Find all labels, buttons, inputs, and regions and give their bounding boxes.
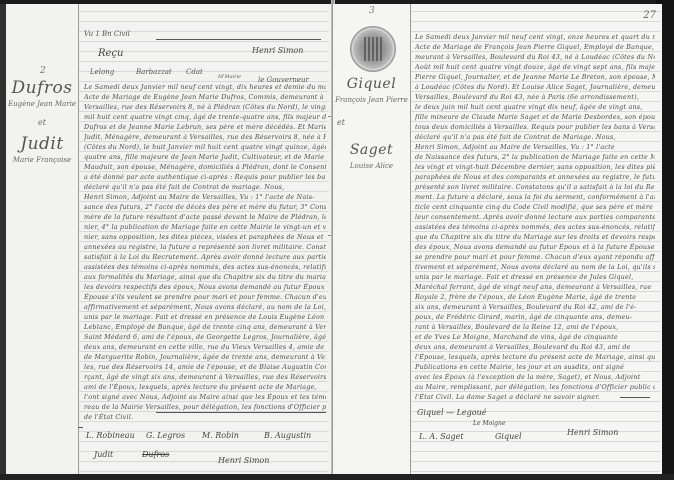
text-line: nier, sans opposition, les dites pièces,… xyxy=(84,232,326,242)
tick xyxy=(78,427,83,428)
page-number: 27 xyxy=(643,10,656,21)
bride-forenames: Marie Françoise xyxy=(6,156,78,164)
text-line: Acte de Mariage de Eugène Jean Marie Duf… xyxy=(84,92,326,102)
officer-signature: Henri Simon xyxy=(218,456,269,465)
text-line: les devoirs respectifs des époux, Nous a… xyxy=(84,282,326,292)
header-stamp-signature: Reçu xyxy=(98,48,124,59)
text-line: de Naissance des futurs, 2° la publicati… xyxy=(415,152,655,162)
bride-surname: Saget xyxy=(333,142,410,158)
signature: B. Augustin xyxy=(264,431,311,440)
text-line: les vingt et vingt-huit Décembre dernier… xyxy=(415,162,655,172)
scanner-edge-bottom xyxy=(0,474,674,480)
groom-forenames: Eugène Jean Marie xyxy=(6,100,78,108)
text-line: à Loudéac (Côtes du Nord). Et Louise Ali… xyxy=(415,82,655,92)
marriage-act-text: Le Samedi deux Janvier mil neuf cent vin… xyxy=(415,32,655,402)
end-rule xyxy=(156,412,326,413)
margin-rule xyxy=(78,4,79,474)
text-line: six ans, demeurant à Versailles, Bouleva… xyxy=(415,302,655,312)
text-line: Le Samedi deux Janvier mil neuf cent vin… xyxy=(84,82,326,92)
text-line: Mauduit, son épouse, Ménagère, domicilié… xyxy=(84,162,326,172)
bride-surname: Judit xyxy=(6,134,78,154)
scanner-edge-right xyxy=(662,0,674,480)
groom-surname: Dufros xyxy=(6,78,78,98)
text-line: sance des futurs, 2° l'acte de décès des… xyxy=(84,202,326,212)
text-line: ticle cent cinquante cinq du Code Civil … xyxy=(415,202,655,212)
act-number: 3 xyxy=(369,6,375,16)
text-line: a été donné par acte authentique ci-aprè… xyxy=(84,172,326,182)
marriage-act-text: Le Samedi deux Janvier mil neuf cent vin… xyxy=(84,82,326,422)
text-line: quatre ans, fille majeure de Jean Marie … xyxy=(84,152,326,162)
text-line: ment. La future a déclaré, sous la foi d… xyxy=(415,192,655,202)
text-line: Épouse s'ils veulent se prendre pour mar… xyxy=(84,292,326,302)
signature: L. Robineau xyxy=(86,431,135,440)
text-line: déclaré qu'il n'a pas été fait de Contra… xyxy=(84,182,326,192)
text-line: satisfait à la Loi du Recrutement. Après… xyxy=(84,252,326,262)
signature: M. Robin xyxy=(202,431,239,440)
text-line: Août mil huit cent quatre vingt douze, â… xyxy=(415,62,655,72)
text-line: leur consentement. Après avoir donné lec… xyxy=(415,212,655,222)
text-line: Pierre Giquel, Journalier, et de Jeanne … xyxy=(415,72,655,82)
text-line: l'État Civil. La dame Saget a déclaré ne… xyxy=(415,392,655,402)
post-body-note: Le Moigne xyxy=(473,420,505,427)
text-line: l'Épouse, lesquels, après lecture du pré… xyxy=(415,352,655,362)
text-line: unis par le mariage. Fait et dressé en p… xyxy=(415,272,655,282)
text-line: le deux juin mil huit cent quatre vingt … xyxy=(415,102,655,112)
text-line: tous deux domiciliés à Versailles. Requi… xyxy=(415,122,655,132)
text-line: Leblanc, Employé de Banque, âgé de trent… xyxy=(84,322,326,332)
text-line: tivement et séparément, Nous avons décla… xyxy=(415,262,655,272)
end-rule xyxy=(620,397,650,398)
header-annotation: Cdat xyxy=(186,68,203,76)
text-line: paraphées de Nous et des comparants et a… xyxy=(415,172,655,182)
text-line: les, rue des Réservoirs 14, amie de l'ép… xyxy=(84,362,326,372)
conjunction: et xyxy=(6,118,78,127)
text-line: Publications en cette Mairie, les jour e… xyxy=(415,362,655,372)
text-line: ami de l'Époux, lesquels, après lecture … xyxy=(84,382,326,392)
signature: Giquel xyxy=(495,432,522,441)
bride-forenames: Louise Alice xyxy=(333,162,410,170)
text-line: mère de la future résultant d'acte passé… xyxy=(84,212,326,222)
text-line: Acte de Mariage de François Jean Pierre … xyxy=(415,42,655,52)
text-line: rçant, âgé de vingt six ans, demeurant à… xyxy=(84,372,326,382)
text-line: Judit, Ménagère, demeurant à Versailles,… xyxy=(84,132,326,142)
header-annotation: Vu 1 Bn Civil xyxy=(84,30,130,38)
text-line: Versailles, rue des Réservoirs 8, né à P… xyxy=(84,102,326,112)
text-line: (Côtes du Nord), le huit Janvier mil hui… xyxy=(84,142,326,152)
text-line: fille mineure de Claude Marie Saget et d… xyxy=(415,112,655,122)
text-line: présenté son livret militaire. Constaton… xyxy=(415,182,655,192)
margin-rule xyxy=(410,4,411,474)
text-line: deux ans, demeurant à Versailles, Boulev… xyxy=(415,342,655,352)
text-line: et de Yves Le Moigne, Marchand de vins, … xyxy=(415,332,655,342)
text-line: de Marguerite Robin, Journalière, âgée d… xyxy=(84,352,326,362)
post-body-note: Giquel — Legoué xyxy=(417,408,486,417)
text-line: avec les Époux (à l'exception de la mère… xyxy=(415,372,655,382)
text-line: Royale 2, frère de l'époux, de Léon Eugè… xyxy=(415,292,655,302)
municipal-seal-icon xyxy=(350,26,396,72)
officer-signature: Henri Simon xyxy=(567,428,618,437)
text-line: se prendre pour mari et pour femme. Chac… xyxy=(415,252,655,262)
left-page: Vu 1 Bn Civil Reçu Henri Simon Lelong Ba… xyxy=(6,4,333,474)
text-line: reau de la Mairie Versailles, pour délég… xyxy=(84,402,326,412)
signature: Dufros xyxy=(142,450,169,459)
text-line: l'ont signé avec Nous, Adjoint au Maire … xyxy=(84,392,326,402)
header-annotation: Lelong xyxy=(90,68,114,76)
header-signature: Henri Simon xyxy=(252,46,303,55)
text-line: affirmativement et séparément, Nous avon… xyxy=(84,302,326,312)
text-line: aux formalités du Mariage, ainsi que du … xyxy=(84,272,326,282)
text-line: annexées au registre, la future a représ… xyxy=(84,242,326,252)
margin-column: 3 Giquel François Jean Pierre et Saget L… xyxy=(333,4,410,204)
text-line: assistées des témoins ci-après nommés, d… xyxy=(84,262,326,272)
text-line: des époux, Nous avons demandé au futur É… xyxy=(415,242,655,252)
text-line: rant à Versailles, Boulevard de la Reine… xyxy=(415,322,655,332)
groom-surname: Giquel xyxy=(333,76,410,92)
right-page: 27 3 Giquel François Jean Pierre et Sage… xyxy=(333,4,662,474)
text-line: Henri Simon, Adjoint au Maire de Versail… xyxy=(84,192,326,202)
text-line: Saint Médard 6, ami de l'époux, de Georg… xyxy=(84,332,326,342)
text-line: nier, 4° la publication de Mariage faite… xyxy=(84,222,326,232)
text-line: unis par le mariage. Fait et dressé en p… xyxy=(84,312,326,322)
text-line: Le Samedi deux Janvier mil neuf cent vin… xyxy=(415,32,655,42)
text-line: que du Chapitre six du titre du Mariage … xyxy=(415,232,655,242)
text-line: Dufros et de Jeanne Marie Lebrun, ses pè… xyxy=(84,122,326,132)
text-line: au Maire, remplissant, par délégation, l… xyxy=(415,382,655,392)
text-line: assistées des témoins ci-après nommés, d… xyxy=(415,222,655,232)
header-annotation: M'Mairie xyxy=(218,74,241,80)
header-rule xyxy=(156,39,321,40)
text-line: Henri Simon, Adjoint au Maire de Versail… xyxy=(415,142,655,152)
groom-forenames: François Jean Pierre xyxy=(333,96,410,104)
header-annotation: Barbazzat xyxy=(136,68,172,76)
text-line: poux, de Frédéric Girard, marin, âgé de … xyxy=(415,312,655,322)
text-line: déclaré qu'il n'a pas été fait de Contra… xyxy=(415,132,655,142)
margin-column: 2 Dufros Eugène Jean Marie et Judit Mari… xyxy=(6,4,78,204)
text-line: meurant à Versailles, Boulevard du Roi 4… xyxy=(415,52,655,62)
conjunction: et xyxy=(337,118,414,127)
signature: L. A. Saget xyxy=(419,432,464,441)
text-line: Versailles, Boulevard du Roi 43, née à P… xyxy=(415,92,655,102)
text-line: deux ans, demeurant en cette ville, rue … xyxy=(84,342,326,352)
signature: G. Legros xyxy=(146,431,185,440)
text-line: Maréchal ferrant, âgé de vingt neuf ans,… xyxy=(415,282,655,292)
act-number: 2 xyxy=(40,66,46,76)
text-line: de l'État Civil. xyxy=(84,412,326,422)
signature: Judit xyxy=(94,450,113,459)
text-line: mil huit cent quatre vingt cinq, âgé de … xyxy=(84,112,326,122)
